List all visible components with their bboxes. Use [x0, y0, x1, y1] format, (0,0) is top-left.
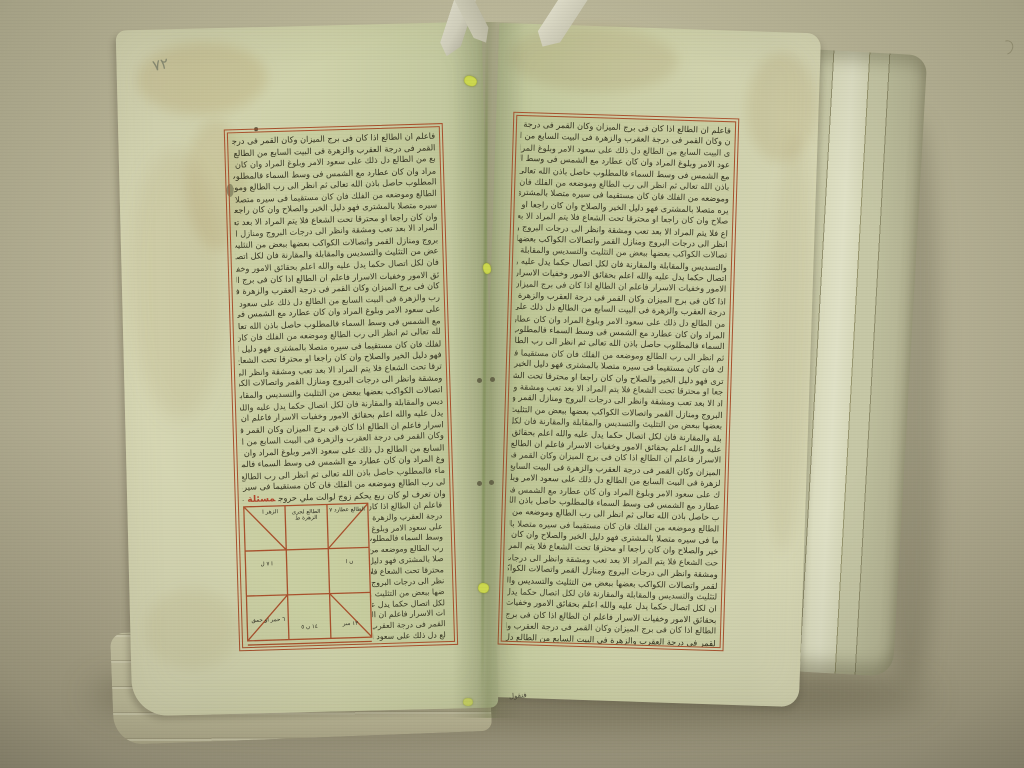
side-text-column: فاعلم ان الطالع اذا كان فى برج الميزان و… [369, 500, 450, 643]
sewing-hole [477, 481, 482, 486]
binding-thread [463, 698, 473, 706]
left-text-block: فاعلم ان الطالع اذا كان فى برج الميزان و… [232, 130, 446, 494]
photo-scene: فاعلم ان الطالع اذا كان فى برج الميزان و… [0, 0, 1024, 768]
sewing-hole [489, 480, 494, 485]
right-text-block: فاعلم ان الطالع اذا كان فى برج الميزان و… [506, 119, 731, 648]
sewing-hole [477, 378, 482, 383]
stain [136, 41, 268, 116]
left-text-frame: فاعلم ان الطالع اذا كان فى برج الميزان و… [227, 126, 455, 648]
right-text-frame: فاعلم ان الطالع اذا كان فى برج الميزان و… [501, 115, 737, 648]
table-cell-bottom-left: ٦ حمر او حمق [250, 617, 286, 624]
table-cell-top-right: الطالع عطارد ٧ [329, 506, 365, 513]
table-cell-top-middle: الطالع لجرى الزهرة ط [287, 509, 325, 523]
left-page: ٧٢ فاعلم ان الطالع اذا كان فى برج الميزا… [116, 22, 499, 717]
table-cell-bottom-middle: ١٤ ں ٥ [290, 624, 328, 632]
table-and-column-region: الطالع عطارد ٧ الطالع لجرى الزهرة ط الزه… [243, 500, 450, 647]
table-cell-bottom-right: ١٣ سر [332, 620, 368, 627]
horoscope-table: الطالع عطارد ٧ الطالع لجرى الزهرة ط الزه… [243, 502, 373, 647]
script-line: فاعلم ان الطالع اذا كان فى برج الميزان و… [369, 500, 442, 513]
script-line: لع دل ذلك على سعود الامر وبلوغ المراد وا… [373, 630, 446, 643]
script-line: لكل اتصال حكما يدل عليه والله اعلم بحقائ… [372, 598, 445, 611]
stain [745, 51, 819, 163]
table-cell-middle-right: ں آ [333, 558, 367, 565]
script-line: محترقا تحت الشعاع فلا يتم المراد الا بعد… [371, 565, 444, 578]
page-number-mark: ٧٢ [151, 54, 170, 75]
right-page: فاعلم ان الطالع اذا كان فى برج الميزان و… [477, 23, 821, 707]
table-cell-top-left: الزهر آ [257, 509, 283, 516]
stain [507, 23, 679, 95]
stain [127, 148, 229, 420]
catchword: فنقول [509, 691, 527, 700]
red-keyword: مسئلة [244, 494, 278, 505]
sewing-hole [490, 377, 495, 382]
table-cell-middle-left: آ ٧ ل [249, 561, 285, 568]
stain [143, 588, 240, 670]
